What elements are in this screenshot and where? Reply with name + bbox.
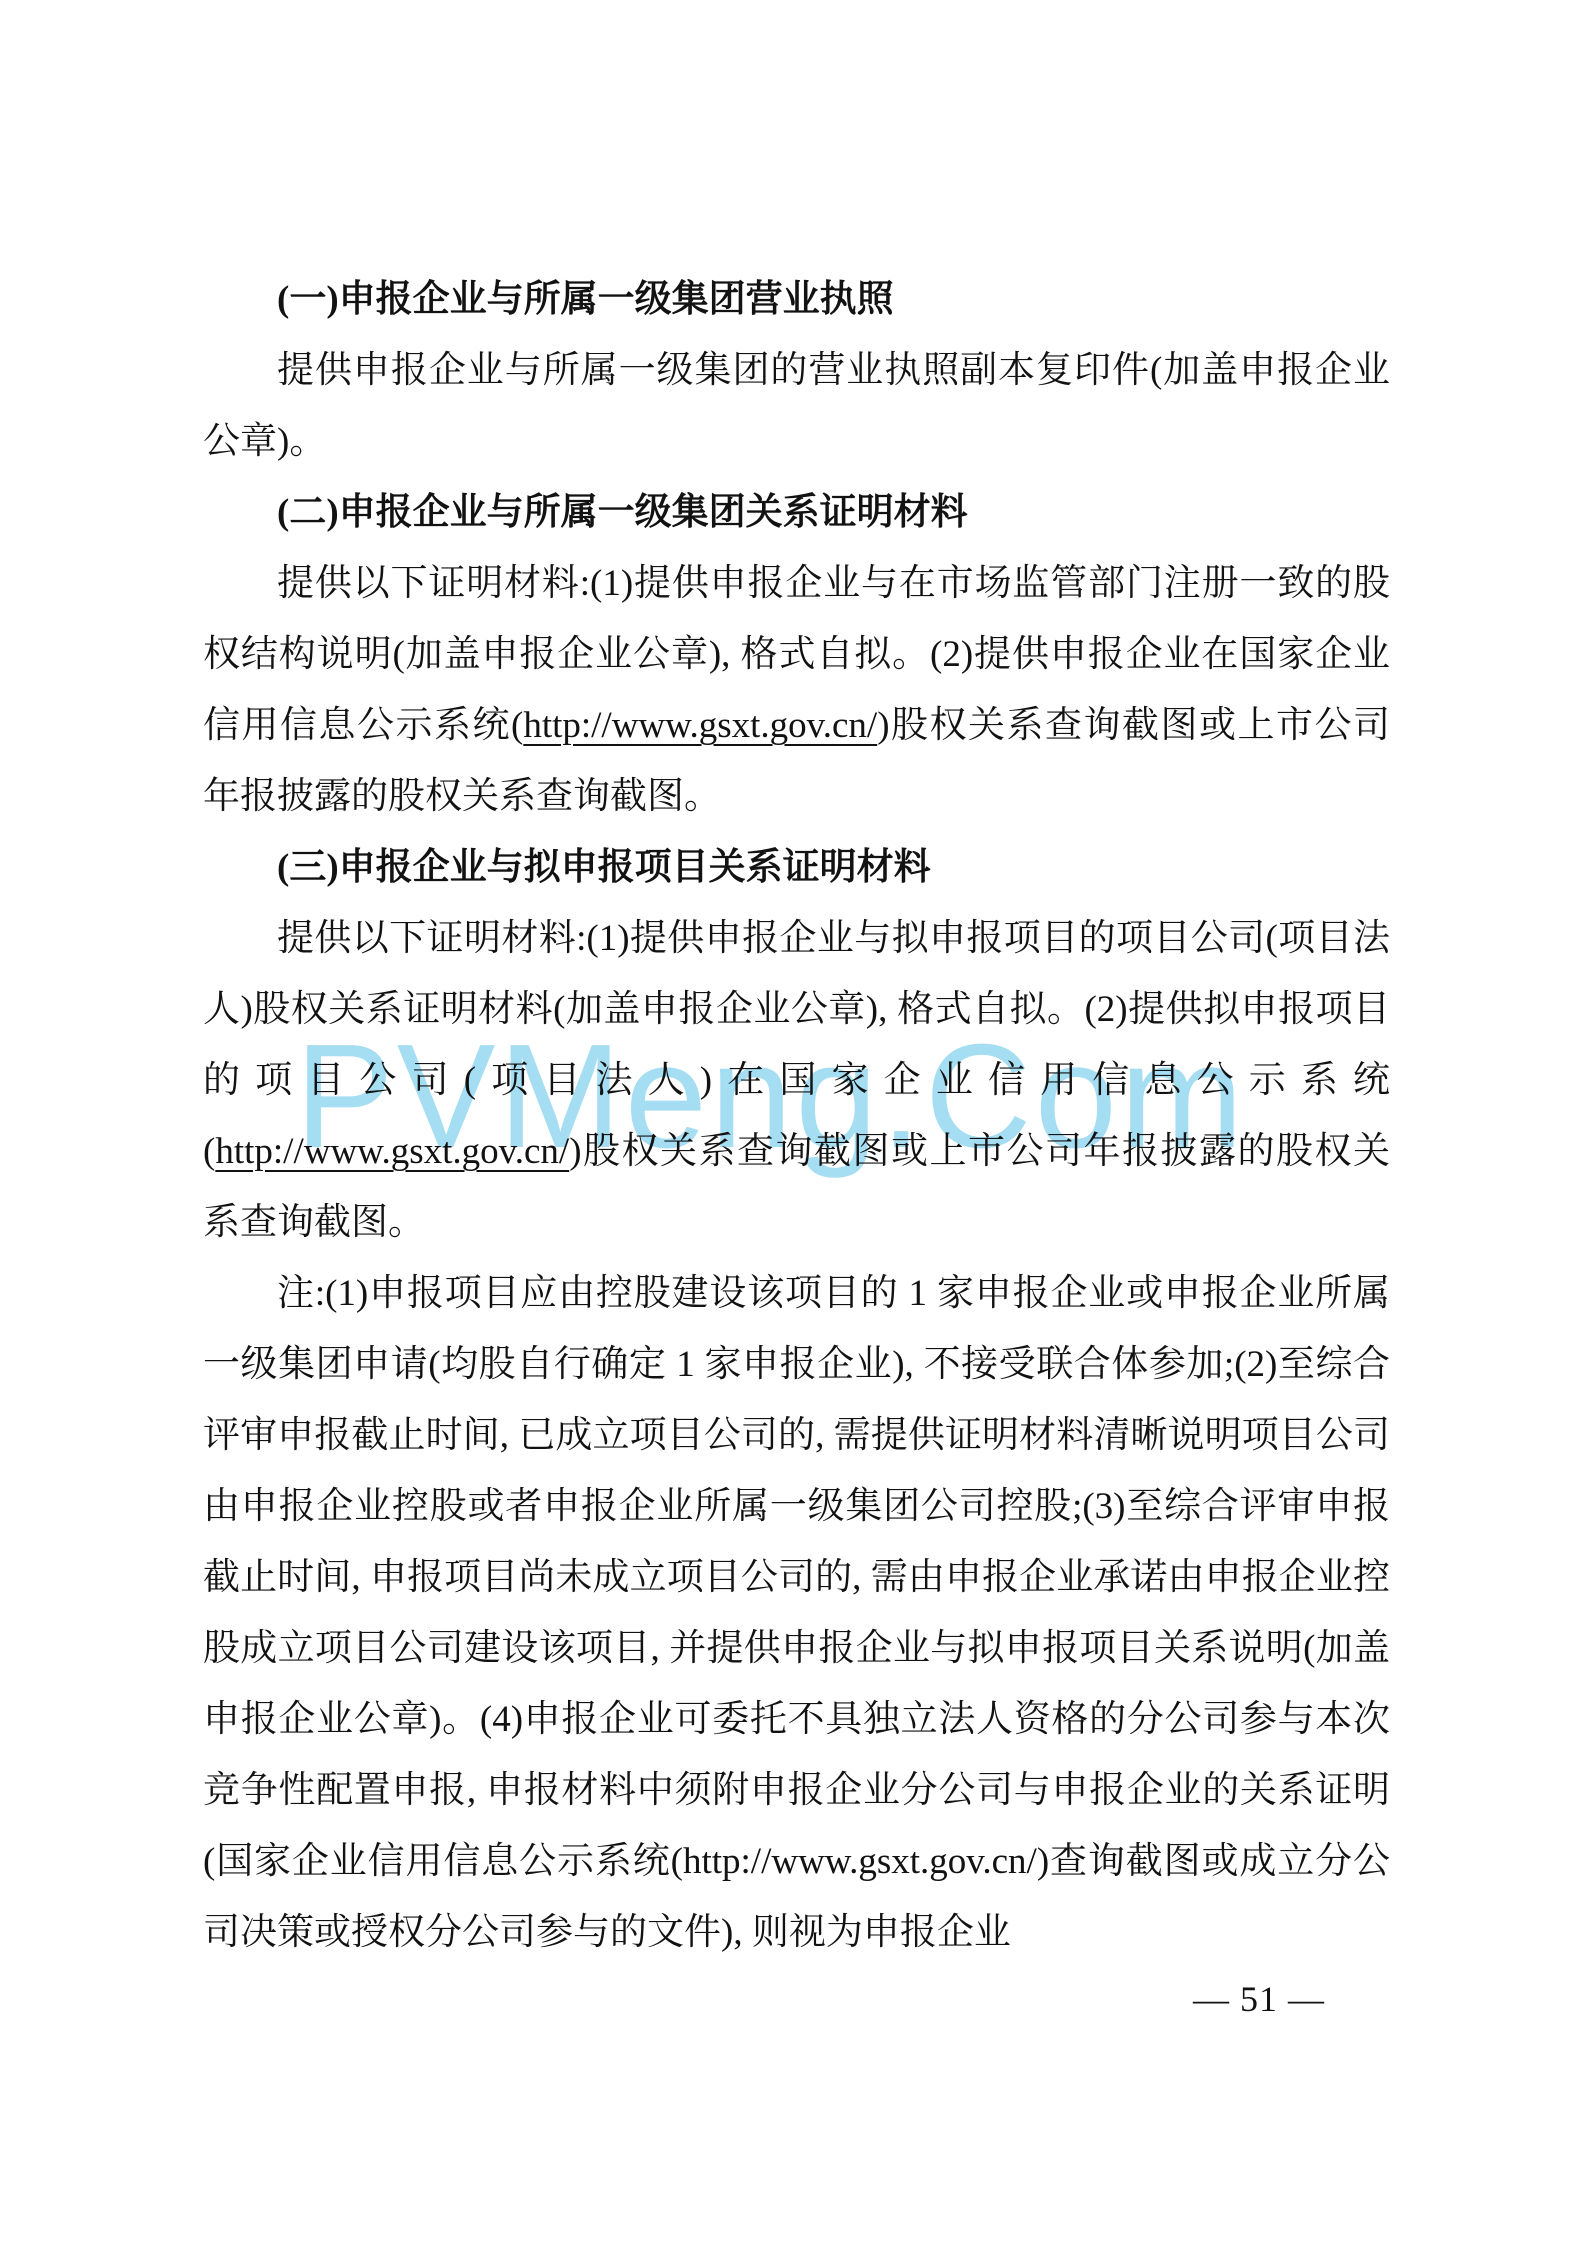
document-paragraph: 注:(1)申报项目应由控股建设该项目的 1 家申报企业或申报企业所属一级集团申请… [203,1258,1390,1968]
hyperlink-url[interactable]: http://www.gsxt.gov.cn/ [523,705,877,746]
document-paragraph: 提供以下证明材料:(1)提供申报企业与在市场监管部门注册一致的股权结构说明(加盖… [203,548,1390,832]
document-page: PVMeng.Com (一)申报企业与所属一级集团营业执照提供申报企业与所属一级… [0,0,1587,2245]
text-run: (一)申报企业与所属一级集团营业执照 [277,279,894,320]
document-heading: (三)申报企业与拟申报项目关系证明材料 [203,832,1390,903]
document-paragraph: 提供申报企业与所属一级集团的营业执照副本复印件(加盖申报企业公章)。 [203,335,1390,477]
document-content: (一)申报企业与所属一级集团营业执照提供申报企业与所属一级集团的营业执照副本复印… [203,264,1390,1968]
text-run: 注:(1)申报项目应由控股建设该项目的 1 家申报企业或申报企业所属一级集团申请… [203,1273,1390,1953]
text-run: 提供申报企业与所属一级集团的营业执照副本复印件(加盖申报企业公章)。 [203,350,1390,462]
document-heading: (一)申报企业与所属一级集团营业执照 [203,264,1390,335]
document-heading: (二)申报企业与所属一级集团关系证明材料 [203,477,1390,548]
document-paragraph: 提供以下证明材料:(1)提供申报企业与拟申报项目的项目公司(项目法人)股权关系证… [203,903,1390,1258]
text-run: (二)申报企业与所属一级集团关系证明材料 [277,492,968,533]
page-number: — 51 — [1193,1978,1325,2020]
hyperlink-url[interactable]: http://www.gsxt.gov.cn/ [215,1131,569,1172]
text-run: (三)申报企业与拟申报项目关系证明材料 [277,847,931,888]
